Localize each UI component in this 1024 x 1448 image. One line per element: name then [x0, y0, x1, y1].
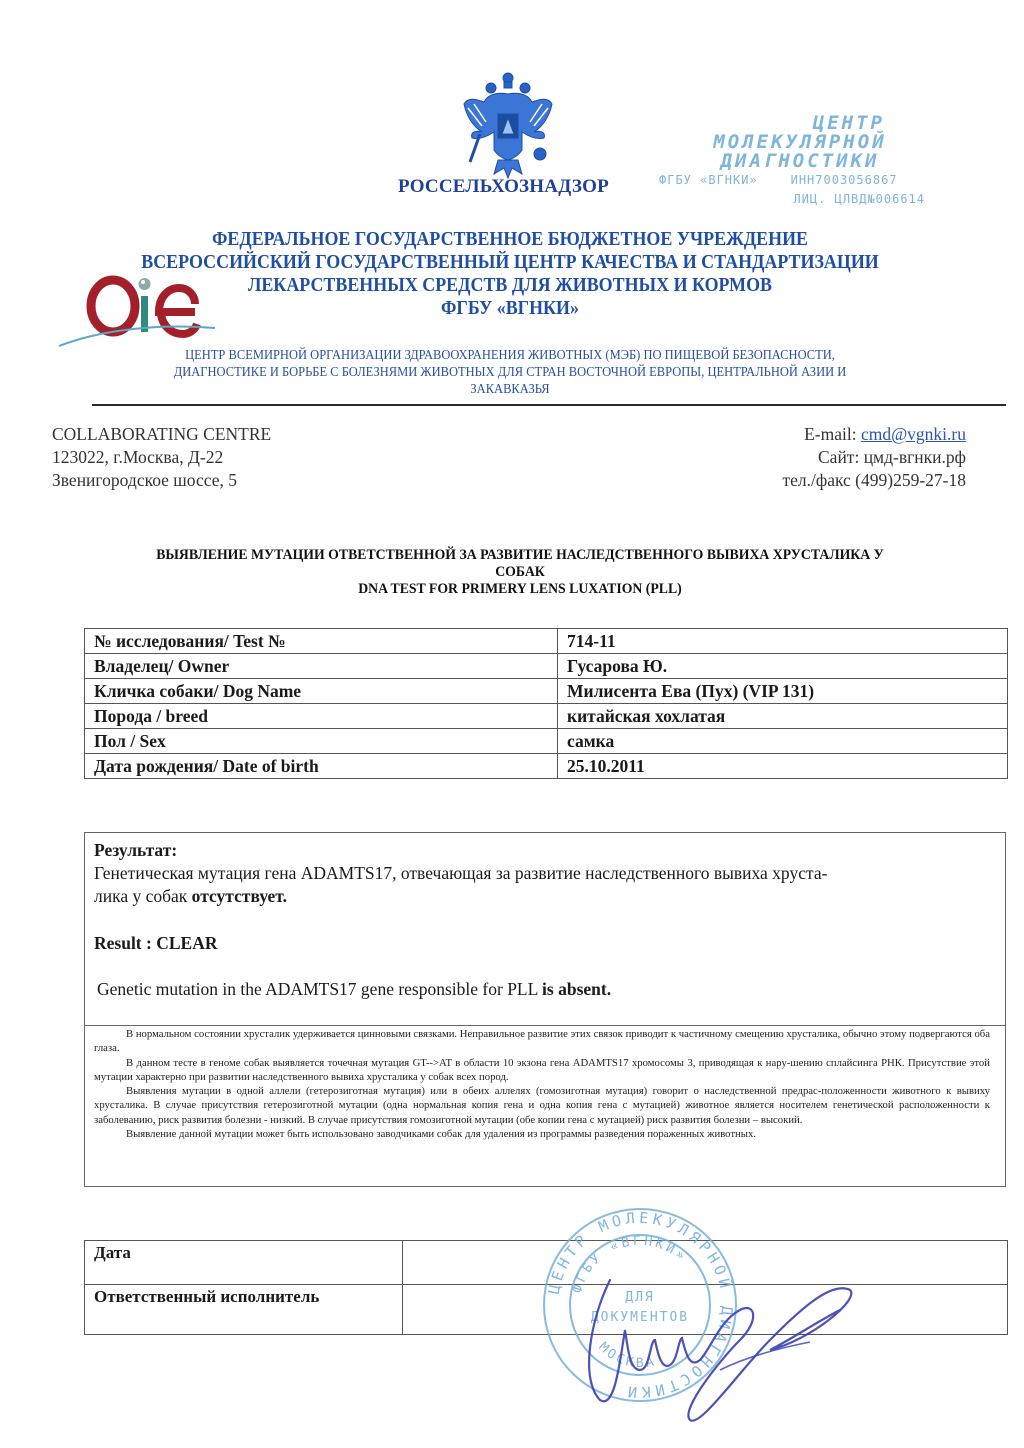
- header-divider: [92, 404, 1006, 406]
- note-paragraph: Выявление данной мутации может быть испо…: [94, 1127, 990, 1141]
- info-label: Порода / breed: [85, 704, 558, 729]
- info-value: 714-11: [558, 629, 1008, 654]
- result-text-en: Genetic mutation in the ADAMTS17 gene re…: [97, 979, 611, 1000]
- stamp-org-inn: ФГБУ «ВГНКИ» ИНН7003056867: [655, 171, 945, 190]
- info-row: Кличка собаки/ Dog NameМилисента Ева (Пу…: [85, 679, 1008, 704]
- double-headed-eagle-emblem-icon: [458, 70, 558, 182]
- result-text-en-bold: is absent.: [542, 979, 611, 999]
- explanatory-notes: В нормальном состоянии хрусталик удержив…: [94, 1027, 990, 1141]
- lab-stamp: ЦЕНТР МОЛЕКУЛЯРНОЙ ДИАГНОСТИКИ ФГБУ «ВГН…: [655, 114, 945, 209]
- centre-line: ЦЕНТР ВСЕМИРНОЙ ОРГАНИЗАЦИИ ЗДРАВООХРАНЕ…: [96, 346, 924, 363]
- result-label-ru: Результат:: [94, 839, 827, 862]
- info-label: № исследования/ Test №: [85, 629, 558, 654]
- title-line-1: ВЫЯВЛЕНИЕ МУТАЦИИ ОТВЕТСТВЕННОЙ ЗА РАЗВИ…: [64, 547, 976, 564]
- info-label: Владелец/ Owner: [85, 654, 558, 679]
- address-line: COLLABORATING CENTRE: [52, 423, 271, 446]
- result-text-en-plain: Genetic mutation in the ADAMTS17 gene re…: [97, 979, 542, 999]
- email-link[interactable]: cmd@vgnki.ru: [861, 424, 966, 444]
- info-value: 25.10.2011: [558, 754, 1008, 779]
- note-paragraph: В нормальном состоянии хрусталик удержив…: [94, 1027, 990, 1056]
- info-value: Милисента Ева (Пух) (VIP 131): [558, 679, 1008, 704]
- note-paragraph: Выявления мутации в одной аллели (гетеро…: [94, 1084, 990, 1127]
- document-title: ВЫЯВЛЕНИЕ МУТАЦИИ ОТВЕТСТВЕННОЙ ЗА РАЗВИ…: [40, 547, 1000, 598]
- info-row: Пол / Sexсамка: [85, 729, 1008, 754]
- stamp-license: ЛИЦ. ЦЛВД№006614: [655, 190, 945, 209]
- info-value: китайская хохлатая: [558, 704, 1008, 729]
- info-row: Владелец/ OwnerГусарова Ю.: [85, 654, 1008, 679]
- site-line: Сайт: цмд-вгнки.рф: [782, 446, 966, 469]
- stamp-org: ФГБУ «ВГНКИ»: [659, 173, 758, 187]
- date-label: Дата: [85, 1241, 403, 1285]
- address-line: Звенигородское шоссе, 5: [52, 469, 271, 492]
- result-text-ru-2-plain: лика у собак: [94, 886, 192, 906]
- result-russian: Результат: Генетическая мутация гена ADA…: [94, 839, 827, 908]
- info-label: Кличка собаки/ Dog Name: [85, 679, 558, 704]
- info-value: самка: [558, 729, 1008, 754]
- info-label: Пол / Sex: [85, 729, 558, 754]
- info-label: Дата рождения/ Date of birth: [85, 754, 558, 779]
- result-divider: [85, 1025, 1005, 1026]
- address-block: COLLABORATING CENTRE 123022, г.Москва, Д…: [52, 423, 271, 492]
- centre-line: ДИАГНОСТИКЕ И БОРЬБЕ С БОЛЕЗНЯМИ ЖИВОТНЫ…: [96, 363, 924, 380]
- info-row: № исследования/ Test №714-11: [85, 629, 1008, 654]
- result-box: Результат: Генетическая мутация гена ADA…: [84, 832, 1006, 1187]
- oie-centre-description: ЦЕНТР ВСЕМИРНОЙ ОРГАНИЗАЦИИ ЗДРАВООХРАНЕ…: [60, 346, 960, 397]
- result-text-ru-1: Генетическая мутация гена ADAMTS17, отве…: [94, 862, 827, 885]
- contacts-block: E-mail: cmd@vgnki.ru Сайт: цмд-вгнки.рф …: [782, 423, 966, 492]
- title-line-2: СОБАК: [64, 564, 976, 581]
- sample-info-table: № исследования/ Test №714-11Владелец/ Ow…: [84, 628, 1008, 779]
- address-line: 123022, г.Москва, Д-22: [52, 446, 271, 469]
- phone-line: тел./факс (499)259-27-18: [782, 469, 966, 492]
- email-label: E-mail:: [804, 424, 861, 444]
- institution-line: ФЕДЕРАЛЬНОЕ ГОСУДАРСТВЕННОЕ БЮДЖЕТНОЕ УЧ…: [96, 228, 924, 251]
- info-row: Порода / breedкитайская хохлатая: [85, 704, 1008, 729]
- info-row: Дата рождения/ Date of birth25.10.2011: [85, 754, 1008, 779]
- oie-logo-icon: [55, 268, 225, 348]
- stamp-inn: ИНН7003056867: [791, 173, 898, 187]
- stamp-line-3: ДИАГНОСТИКИ: [655, 152, 945, 171]
- email-line: E-mail: cmd@vgnki.ru: [782, 423, 966, 446]
- note-paragraph: В данном тесте в геноме собак выявляется…: [94, 1056, 990, 1085]
- centre-line: ЗАКАВКАЗЬЯ: [96, 380, 924, 397]
- executor-label: Ответственный исполнитель: [85, 1285, 403, 1335]
- result-text-ru-2: лика у собак отсутствует.: [94, 885, 827, 908]
- title-line-3: DNA TEST FOR PRIMERY LENS LUXATION (PLL): [64, 581, 976, 598]
- result-label-en: Result : CLEAR: [94, 933, 217, 954]
- result-text-ru-bold: отсутствует.: [192, 886, 287, 906]
- agency-name: РОССЕЛЬХОЗНАДЗОР: [398, 176, 638, 198]
- info-value: Гусарова Ю.: [558, 654, 1008, 679]
- handwritten-signature-icon: [570, 1260, 870, 1430]
